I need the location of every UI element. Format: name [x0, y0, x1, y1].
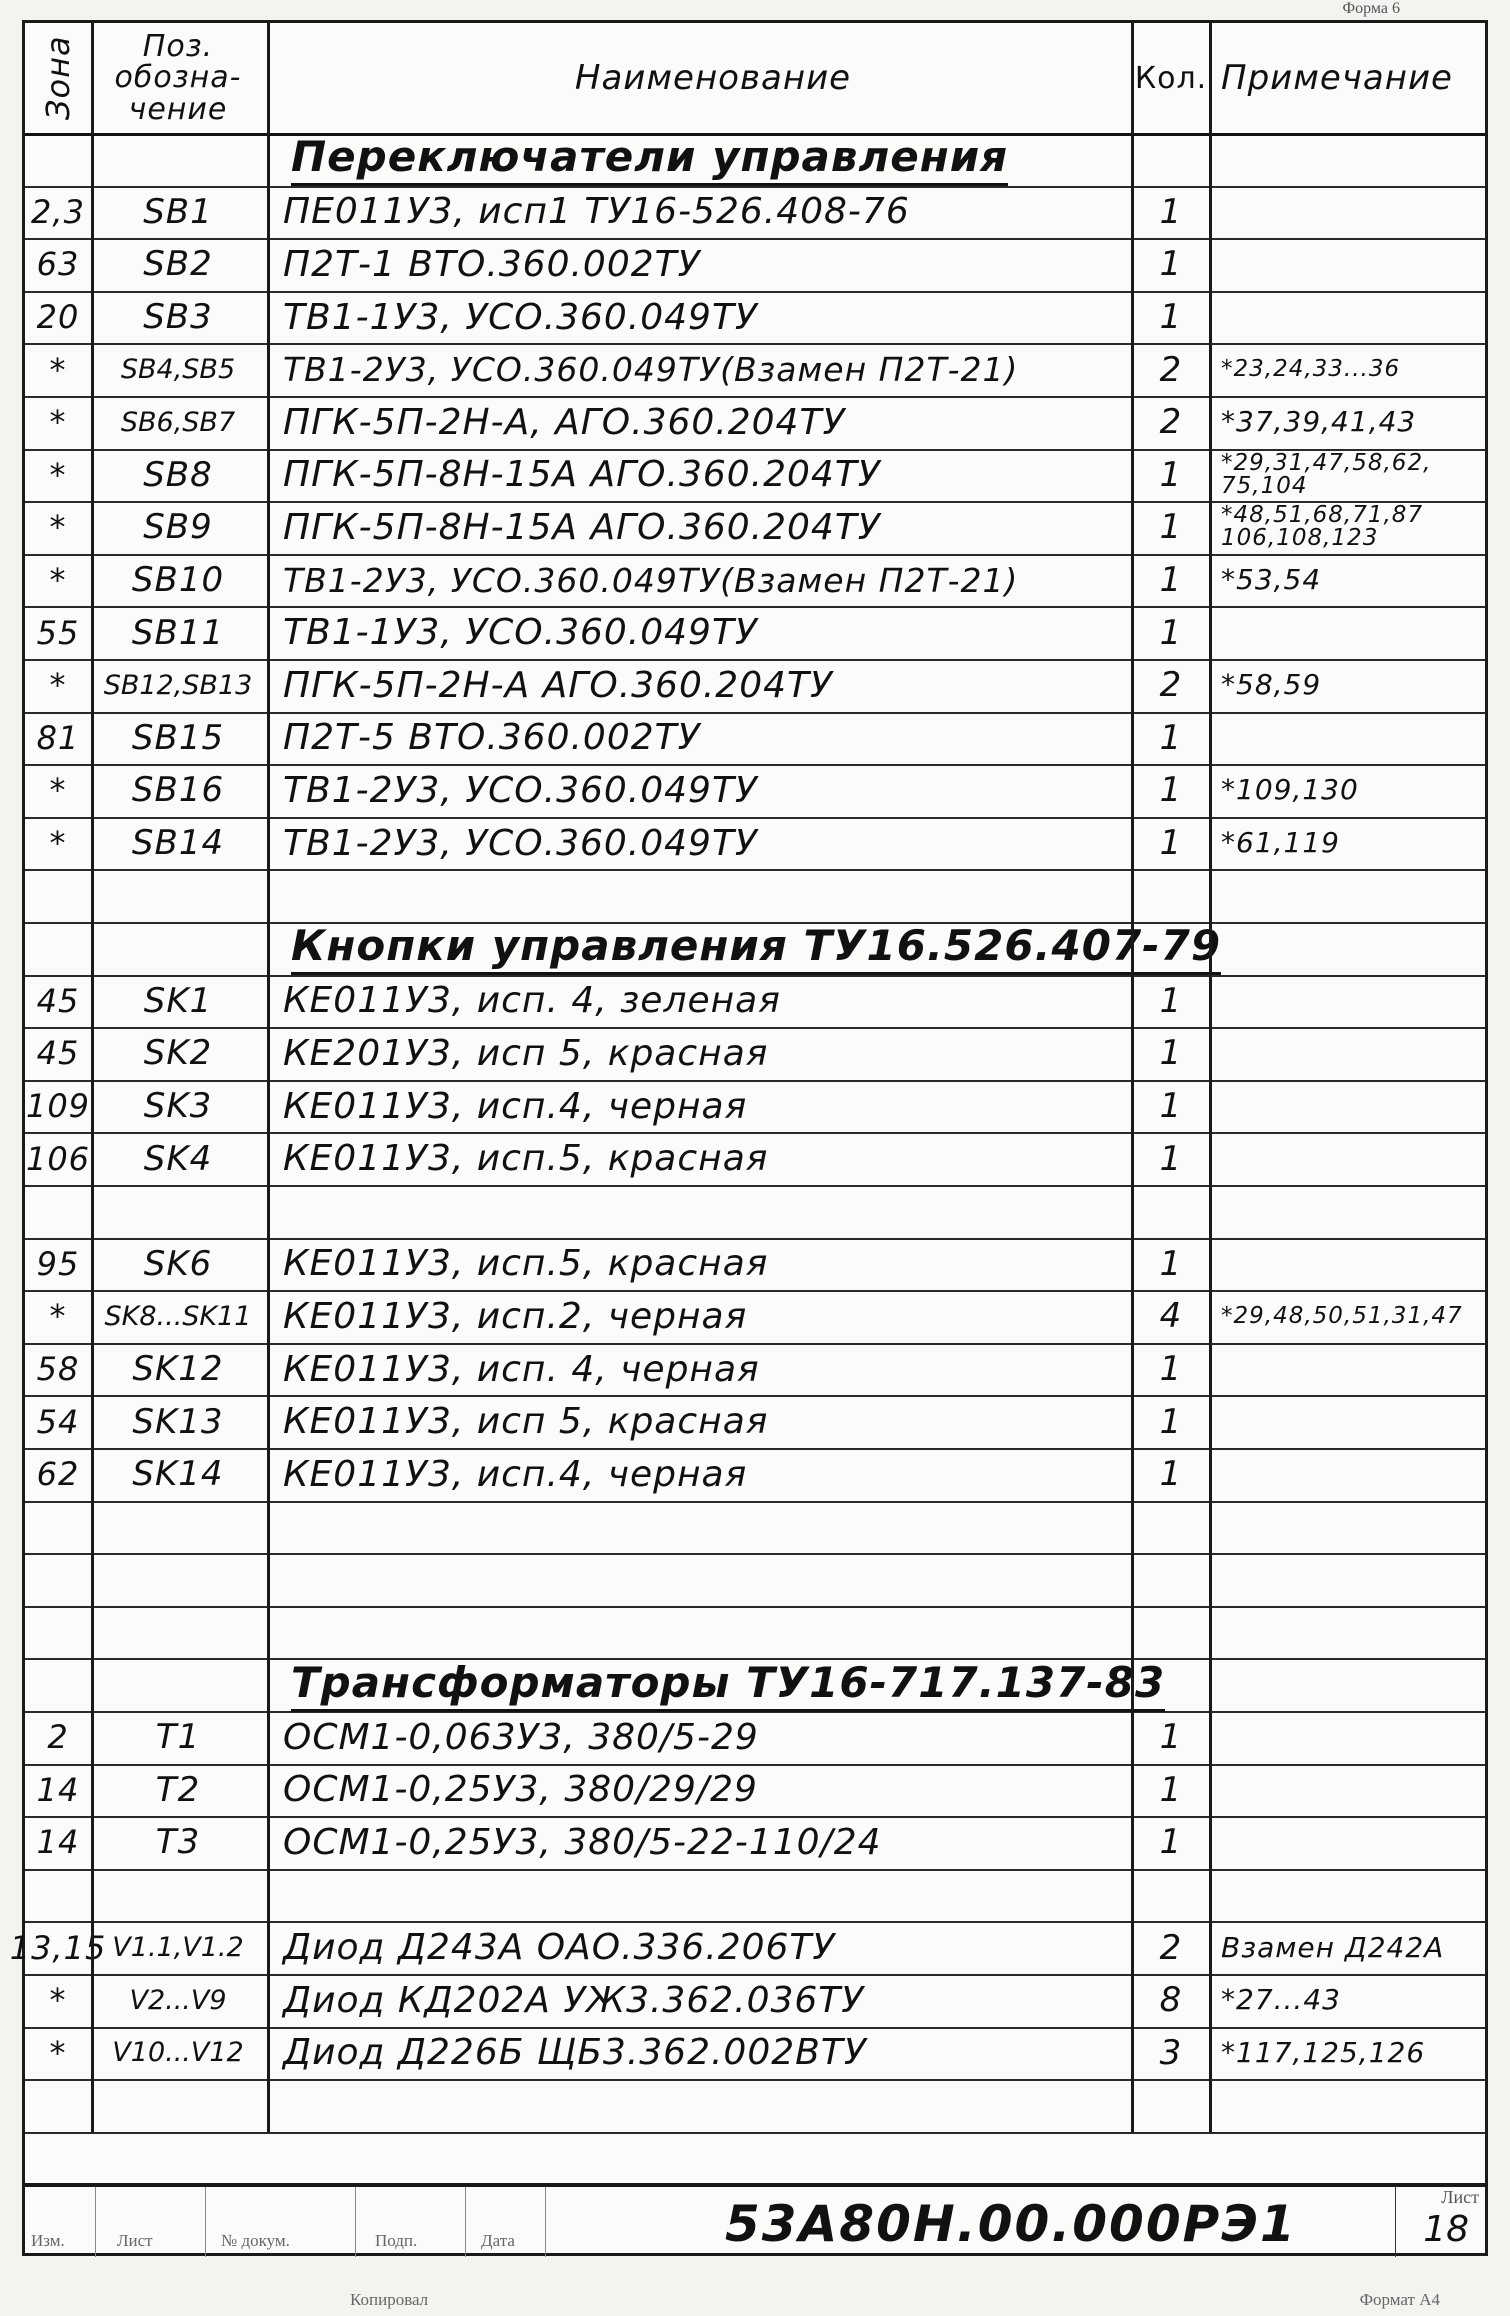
note-cell: *109,130: [1213, 764, 1489, 817]
note-cell: [1213, 186, 1489, 239]
table-row: *SB6,SB7ПГК-5П-2Н-А, АГО.360.204ТУ2*37,3…: [25, 396, 1485, 451]
sheet-number: 18: [1423, 2209, 1469, 2250]
blank-row: [25, 1869, 1485, 1924]
zone-cell: *: [25, 659, 91, 712]
label-doc-number: № докум.: [221, 2231, 290, 2251]
table-row: *SB16ТВ1-2У3, УСО.360.049ТУ1*109,130: [25, 764, 1485, 819]
position-cell: SK3: [95, 1080, 261, 1133]
position-cell: SB12,SB13: [95, 659, 261, 712]
name-cell: КЕ011У3, исп 5, красная: [271, 1395, 1143, 1448]
table-row: 63SB2П2Т-1 ВТО.360.002ТУ1: [25, 238, 1485, 293]
form-label: Форма 6: [1342, 0, 1400, 18]
table-row: 55SB11ТВ1-1У3, УСО.360.049ТУ1: [25, 606, 1485, 661]
position-cell: SK6: [95, 1238, 261, 1291]
quantity-cell: 1: [1135, 1395, 1207, 1448]
zone-cell: [25, 922, 91, 975]
quantity-cell: 1: [1135, 449, 1207, 502]
blank-row: [25, 2079, 1485, 2134]
note-cell: [1213, 1343, 1489, 1396]
name-cell: КЕ201У3, исп 5, красная: [271, 1027, 1143, 1080]
note-cell: *37,39,41,43: [1213, 396, 1489, 449]
section-title: Кнопки управления ТУ16.526.407-79: [271, 922, 1151, 975]
table-row: 106SK4КЕ011У3, исп.5, красная1: [25, 1132, 1485, 1187]
position-cell: [95, 1658, 261, 1711]
zone-cell: [25, 133, 91, 186]
zone-cell: 95: [25, 1238, 91, 1291]
specification-sheet: Зона Поз. обозна- чение Наименование Кол…: [22, 20, 1488, 2256]
zone-cell: [25, 1658, 91, 1711]
note-cell: [1213, 1448, 1489, 1501]
position-cell: SK13: [95, 1395, 261, 1448]
note-cell: [1213, 1395, 1489, 1448]
label-sheet: Лист: [117, 2231, 153, 2251]
table-row: 13,15V1.1,V1.2Диод Д243А ОАО.336.206ТУ2В…: [25, 1921, 1485, 1976]
name-cell: КЕ011У3, исп.5, красная: [271, 1238, 1143, 1291]
name-cell: ПГК-5П-2Н-А, АГО.360.204ТУ: [271, 396, 1143, 449]
section-title-text: Кнопки управления ТУ16.526.407-79: [291, 921, 1221, 975]
zone-cell: *: [25, 396, 91, 449]
section-heading-row: Кнопки управления ТУ16.526.407-79: [25, 922, 1485, 977]
quantity-cell: 1: [1135, 238, 1207, 291]
divider: [465, 2187, 466, 2257]
quantity-cell: 1: [1135, 712, 1207, 765]
table-row: 2T1ОСМ1-0,063У3, 380/5-291: [25, 1711, 1485, 1766]
quantity-cell: 1: [1135, 1448, 1207, 1501]
note-cell: Взамен Д242А: [1213, 1921, 1489, 1974]
note-cell: *61,119: [1213, 817, 1489, 870]
table-row: *V10...V12Диод Д226Б ЩБ3.362.002ВТУ3*117…: [25, 2027, 1485, 2082]
position-cell: T3: [95, 1816, 261, 1869]
note-cell: [1213, 1080, 1489, 1133]
column-divider: [91, 23, 94, 2132]
position-cell: SB15: [95, 712, 261, 765]
zone-cell: 55: [25, 606, 91, 659]
quantity-cell: 1: [1135, 1816, 1207, 1869]
table-row: 14T3ОСМ1-0,25У3, 380/5-22-110/241: [25, 1816, 1485, 1871]
name-cell: КЕ011У3, исп.2, черная: [271, 1290, 1143, 1343]
position-cell: SB4,SB5: [95, 343, 261, 396]
divider: [95, 2187, 96, 2257]
blank-row: [25, 869, 1485, 924]
name-cell: КЕ011У3, исп.5, красная: [271, 1132, 1143, 1185]
quantity-cell: 1: [1135, 764, 1207, 817]
table-row: *V2...V9Диод КД202А УЖ3.362.036ТУ8*27...…: [25, 1974, 1485, 2029]
quantity-cell: 1: [1135, 1027, 1207, 1080]
position-cell: SK14: [95, 1448, 261, 1501]
zone-cell: 109: [25, 1080, 91, 1133]
zone-cell: *: [25, 449, 91, 502]
sheet-label: Лист: [1441, 2187, 1479, 2208]
quantity-cell: 4: [1135, 1290, 1207, 1343]
position-cell: SK4: [95, 1132, 261, 1185]
note-cell: [1213, 1764, 1489, 1817]
name-cell: П2Т-1 ВТО.360.002ТУ: [271, 238, 1143, 291]
zone-cell: *: [25, 501, 91, 554]
quantity-cell: 2: [1135, 396, 1207, 449]
table-row: *SB4,SB5ТВ1-2У3, УСО.360.049ТУ(Взамен П2…: [25, 343, 1485, 398]
note-cell: [1213, 1711, 1489, 1764]
name-cell: Диод Д243А ОАО.336.206ТУ: [271, 1921, 1143, 1974]
position-cell: SB3: [95, 291, 261, 344]
name-cell: ПГК-5П-2Н-А АГО.360.204ТУ: [271, 659, 1143, 712]
header-note: Примечание: [1213, 23, 1489, 133]
position-cell: [95, 922, 261, 975]
zone-cell: 45: [25, 1027, 91, 1080]
zone-cell: 2,3: [25, 186, 91, 239]
position-cell: V10...V12: [95, 2027, 261, 2080]
note-cell: *23,24,33...36: [1213, 343, 1489, 396]
name-cell: КЕ011У3, исп.4, черная: [271, 1080, 1143, 1133]
quantity-cell: 1: [1135, 1132, 1207, 1185]
quantity-cell: 1: [1135, 186, 1207, 239]
section-title: Переключатели управления: [271, 133, 1151, 186]
name-cell: КЕ011У3, исп. 4, черная: [271, 1343, 1143, 1396]
zone-cell: 63: [25, 238, 91, 291]
position-cell: SB11: [95, 606, 261, 659]
position-cell: SB6,SB7: [95, 396, 261, 449]
divider: [545, 2187, 546, 2257]
table-row: 45SK1КЕ011У3, исп. 4, зеленая1: [25, 975, 1485, 1030]
name-cell: Диод Д226Б ЩБ3.362.002ВТУ: [271, 2027, 1143, 2080]
name-cell: П2Т-5 ВТО.360.002ТУ: [271, 712, 1143, 765]
blank-row: [25, 1185, 1485, 1240]
position-cell: V2...V9: [95, 1974, 261, 2027]
zone-cell: 14: [25, 1764, 91, 1817]
name-cell: ПЕ011У3, исп1 ТУ16-526.408-76: [271, 186, 1143, 239]
quantity-cell: 8: [1135, 1974, 1207, 2027]
zone-cell: *: [25, 554, 91, 607]
table-row: *SB8ПГК-5П-8Н-15А АГО.360.204ТУ1*29,31,4…: [25, 449, 1485, 504]
name-cell: ОСМ1-0,063У3, 380/5-29: [271, 1711, 1143, 1764]
note-cell: *27...43: [1213, 1974, 1489, 2027]
zone-cell: 62: [25, 1448, 91, 1501]
name-cell: ОСМ1-0,25У3, 380/29/29: [271, 1764, 1143, 1817]
table-row: 109SK3КЕ011У3, исп.4, черная1: [25, 1080, 1485, 1135]
note-cell: [1213, 1027, 1489, 1080]
position-cell: SB8: [95, 449, 261, 502]
name-cell: ОСМ1-0,25У3, 380/5-22-110/24: [271, 1816, 1143, 1869]
position-cell: SB16: [95, 764, 261, 817]
note-cell: *58,59: [1213, 659, 1489, 712]
position-cell: [95, 133, 261, 186]
format-label: Формат А4: [1360, 2290, 1440, 2310]
table-row: 54SK13КЕ011У3, исп 5, красная1: [25, 1395, 1485, 1450]
table-row: 14T2ОСМ1-0,25У3, 380/29/291: [25, 1764, 1485, 1819]
zone-cell: 2: [25, 1711, 91, 1764]
quantity-cell: 1: [1135, 554, 1207, 607]
zone-cell: 81: [25, 712, 91, 765]
header-name: Наименование: [271, 23, 1143, 133]
quantity-cell: 1: [1135, 975, 1207, 1028]
label-signature: Подп.: [375, 2231, 417, 2251]
table-row: 58SK12КЕ011У3, исп. 4, черная1: [25, 1343, 1485, 1398]
position-cell: SB10: [95, 554, 261, 607]
note-cell: [1213, 712, 1489, 765]
name-cell: ТВ1-2У3, УСО.360.049ТУ(Взамен П2Т-21): [271, 554, 1143, 607]
table-row: 2,3SB1ПЕ011У3, исп1 ТУ16-526.408-761: [25, 186, 1485, 241]
position-cell: SB9: [95, 501, 261, 554]
title-block: Изм. Лист № докум. Подп. Дата 53А80Н.00.…: [25, 2183, 1485, 2257]
note-cell: [1213, 606, 1489, 659]
table-row: 95SK6КЕ011У3, исп.5, красная1: [25, 1238, 1485, 1293]
section-heading-row: Трансформаторы ТУ16-717.137-83: [25, 1658, 1485, 1713]
position-cell: SK2: [95, 1027, 261, 1080]
name-cell: ТВ1-1У3, УСО.360.049ТУ: [271, 606, 1143, 659]
blank-row: [25, 1553, 1485, 1608]
table-header: Зона Поз. обозна- чение Наименование Кол…: [25, 23, 1485, 136]
section-title: Трансформаторы ТУ16-717.137-83: [271, 1658, 1151, 1711]
quantity-cell: 1: [1135, 1343, 1207, 1396]
zone-cell: *: [25, 817, 91, 870]
quantity-cell: 1: [1135, 1080, 1207, 1133]
blank-row: [25, 1606, 1485, 1661]
position-cell: T2: [95, 1764, 261, 1817]
name-cell: ТВ1-2У3, УСО.360.049ТУ(Взамен П2Т-21): [271, 343, 1143, 396]
quantity-cell: 1: [1135, 1238, 1207, 1291]
name-cell: Диод КД202А УЖ3.362.036ТУ: [271, 1974, 1143, 2027]
header-position: Поз. обозна- чение: [95, 23, 261, 133]
quantity-cell: 2: [1135, 343, 1207, 396]
zone-cell: 20: [25, 291, 91, 344]
section-title-text: Трансформаторы ТУ16-717.137-83: [291, 1658, 1165, 1712]
table-row: *SB10ТВ1-2У3, УСО.360.049ТУ(Взамен П2Т-2…: [25, 554, 1485, 609]
note-cell: [1213, 975, 1489, 1028]
divider: [355, 2187, 356, 2257]
quantity-cell: 2: [1135, 659, 1207, 712]
table-row: 62SK14КЕ011У3, исп.4, черная1: [25, 1448, 1485, 1503]
zone-cell: *: [25, 1290, 91, 1343]
note-cell: [1213, 1238, 1489, 1291]
name-cell: ТВ1-2У3, УСО.360.049ТУ: [271, 764, 1143, 817]
table-row: *SB12,SB13ПГК-5П-2Н-А АГО.360.204ТУ2*58,…: [25, 659, 1485, 714]
table-row: 20SB3ТВ1-1У3, УСО.360.049ТУ1: [25, 291, 1485, 346]
section-title-text: Переключатели управления: [291, 132, 1008, 186]
position-cell: SK8...SK11: [95, 1290, 261, 1343]
divider: [205, 2187, 206, 2257]
quantity-cell: 1: [1135, 291, 1207, 344]
quantity-cell: 3: [1135, 2027, 1207, 2080]
note-cell: *48,51,68,71,87 106,108,123: [1213, 501, 1489, 554]
zone-cell: *: [25, 2027, 91, 2080]
blank-row: [25, 1501, 1485, 1556]
position-cell: SB1: [95, 186, 261, 239]
table-row: *SB14ТВ1-2У3, УСО.360.049ТУ1*61,119: [25, 817, 1485, 872]
zone-cell: *: [25, 1974, 91, 2027]
document-code: 53А80Н.00.000РЭ1: [725, 2195, 1297, 2253]
name-cell: ПГК-5П-8Н-15А АГО.360.204ТУ: [271, 501, 1143, 554]
position-cell: V1.1,V1.2: [95, 1921, 261, 1974]
zone-cell: 106: [25, 1132, 91, 1185]
position-cell: SK1: [95, 975, 261, 1028]
divider: [1395, 2187, 1396, 2257]
note-cell: [1213, 238, 1489, 291]
quantity-cell: 2: [1135, 1921, 1207, 1974]
position-cell: T1: [95, 1711, 261, 1764]
copied-by-label: Копировал: [350, 2290, 428, 2310]
name-cell: КЕ011У3, исп.4, черная: [271, 1448, 1143, 1501]
name-cell: ТВ1-2У3, УСО.360.049ТУ: [271, 817, 1143, 870]
quantity-cell: 1: [1135, 817, 1207, 870]
position-cell: SB14: [95, 817, 261, 870]
zone-cell: 54: [25, 1395, 91, 1448]
zone-cell: 58: [25, 1343, 91, 1396]
note-cell: *117,125,126: [1213, 2027, 1489, 2080]
table-row: *SK8...SK11КЕ011У3, исп.2, черная4*29,48…: [25, 1290, 1485, 1345]
quantity-cell: 1: [1135, 606, 1207, 659]
quantity-cell: 1: [1135, 1764, 1207, 1817]
note-cell: *29,31,47,58,62, 75,104: [1213, 449, 1489, 502]
name-cell: КЕ011У3, исп. 4, зеленая: [271, 975, 1143, 1028]
quantity-cell: 1: [1135, 1711, 1207, 1764]
header-quantity: Кол.: [1135, 23, 1207, 133]
note-cell: [1213, 1132, 1489, 1185]
column-divider: [1209, 23, 1212, 2132]
zone-cell: 45: [25, 975, 91, 1028]
name-cell: ПГК-5П-8Н-15А АГО.360.204ТУ: [271, 449, 1143, 502]
zone-cell: *: [25, 764, 91, 817]
note-cell: [1213, 1816, 1489, 1869]
zone-cell: *: [25, 343, 91, 396]
column-divider: [1131, 23, 1134, 2132]
zone-cell: 13,15: [25, 1921, 91, 1974]
table-row: *SB9ПГК-5П-8Н-15А АГО.360.204ТУ1*48,51,6…: [25, 501, 1485, 556]
table-row: 45SK2КЕ201У3, исп 5, красная1: [25, 1027, 1485, 1082]
table-row: 81SB15П2Т-5 ВТО.360.002ТУ1: [25, 712, 1485, 767]
label-date: Дата: [481, 2231, 515, 2251]
position-cell: SK12: [95, 1343, 261, 1396]
label-change: Изм.: [31, 2231, 65, 2251]
header-zone: Зона: [25, 23, 91, 133]
position-cell: SB2: [95, 238, 261, 291]
column-divider: [267, 23, 270, 2132]
quantity-cell: 1: [1135, 501, 1207, 554]
zone-cell: 14: [25, 1816, 91, 1869]
name-cell: ТВ1-1У3, УСО.360.049ТУ: [271, 291, 1143, 344]
note-cell: *29,48,50,51,31,47: [1213, 1290, 1489, 1343]
note-cell: *53,54: [1213, 554, 1489, 607]
section-heading-row: Переключатели управления: [25, 133, 1485, 188]
note-cell: [1213, 291, 1489, 344]
